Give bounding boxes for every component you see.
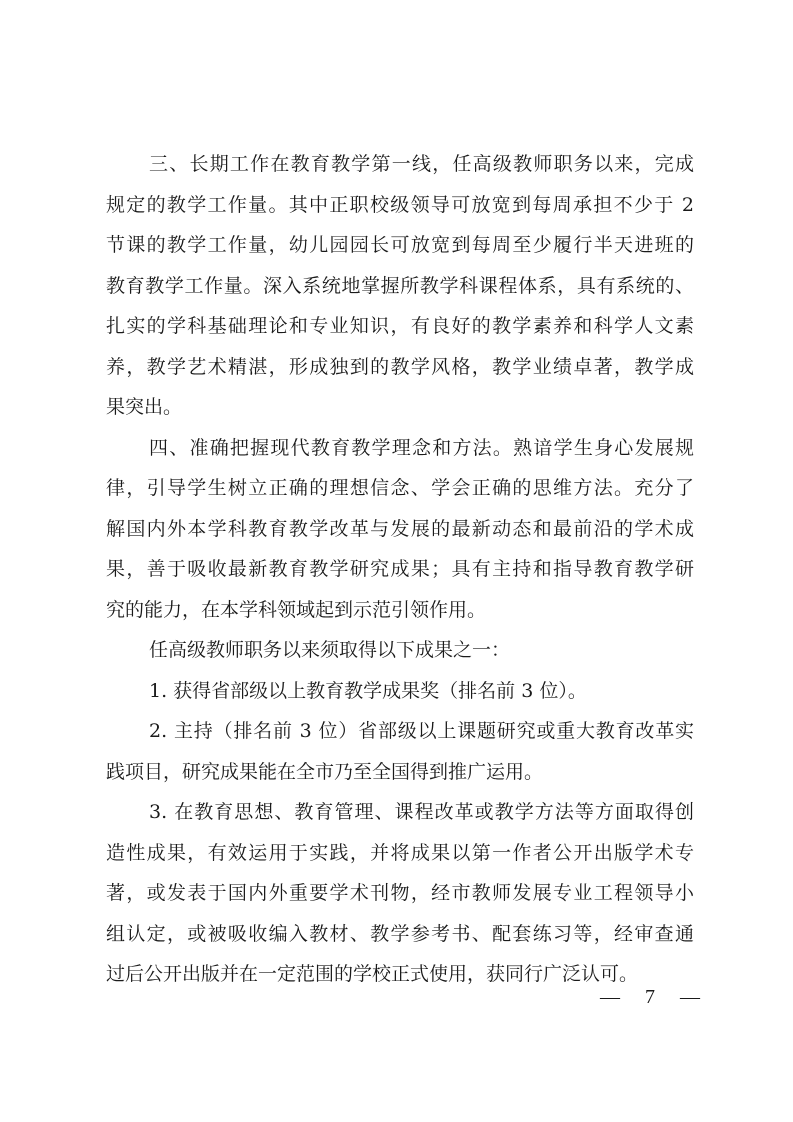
paragraph-section-4: 四、准确把握现代教育教学理念和方法。熟谙学生身心发展规 律，引导学生树立正确的理… — [106, 428, 694, 631]
text-line: 著，或发表于国内外重要学术刊物，经市教师发展专业工程领导小 — [106, 873, 694, 914]
page-number-left-dash: — — [600, 986, 620, 1009]
page-number-value: 7 — [645, 986, 655, 1009]
text-line: 律，引导学生树立正确的理想信念、学会正确的思维方法。充分了 — [106, 468, 694, 509]
text-line: 解国内外本学科教育教学改革与发展的最新动态和最前沿的学术成 — [106, 509, 694, 550]
text-line: 1. 获得省部级以上教育教学成果奖（排名前 3 位）。 — [106, 671, 694, 712]
document-body: 三、长期工作在教育教学第一线，任高级教师职务以来，完成 规定的教学工作量。其中正… — [106, 144, 694, 995]
list-item-1: 1. 获得省部级以上教育教学成果奖（排名前 3 位）。 — [106, 671, 694, 712]
list-item-3: 3. 在教育思想、教育管理、课程改革或教学方法等方面取得创 造性成果，有效运用于… — [106, 792, 694, 995]
paragraph-requirement-intro: 任高级教师职务以来须取得以下成果之一： — [106, 630, 694, 671]
text-line: 组认定，或被吸收编入教材、教学参考书、配套练习等，经审查通 — [106, 914, 694, 955]
text-line: 果，善于吸收最新教育教学研究成果；具有主持和指导教育教学研 — [106, 549, 694, 590]
document-page: 三、长期工作在教育教学第一线，任高级教师职务以来，完成 规定的教学工作量。其中正… — [0, 0, 793, 1122]
text-line: 3. 在教育思想、教育管理、课程改革或教学方法等方面取得创 — [106, 792, 694, 833]
text-line: 造性成果，有效运用于实践，并将成果以第一作者公开出版学术专 — [106, 833, 694, 874]
text-line: 果突出。 — [106, 387, 694, 428]
page-number-right-dash: — — [680, 986, 700, 1009]
text-line: 2. 主持（排名前 3 位）省部级以上课题研究或重大教育改革实 — [106, 711, 694, 752]
text-line: 养，教学艺术精湛，形成独到的教学风格，教学业绩卓著，教学成 — [106, 347, 694, 388]
page-number: — 7 — — [600, 986, 700, 1009]
text-line: 究的能力，在本学科领域起到示范引领作用。 — [106, 590, 694, 631]
text-line: 三、长期工作在教育教学第一线，任高级教师职务以来，完成 — [106, 144, 694, 185]
text-line: 规定的教学工作量。其中正职校级领导可放宽到每周承担不少于 2 — [106, 185, 694, 226]
text-line: 践项目，研究成果能在全市乃至全国得到推广运用。 — [106, 752, 694, 793]
list-item-2: 2. 主持（排名前 3 位）省部级以上课题研究或重大教育改革实 践项目，研究成果… — [106, 711, 694, 792]
text-line: 节课的教学工作量，幼儿园园长可放宽到每周至少履行半天进班的 — [106, 225, 694, 266]
text-line: 扎实的学科基础理论和专业知识，有良好的教学素养和科学人文素 — [106, 306, 694, 347]
text-line: 任高级教师职务以来须取得以下成果之一： — [106, 630, 694, 671]
text-line: 四、准确把握现代教育教学理念和方法。熟谙学生身心发展规 — [106, 428, 694, 469]
paragraph-section-3: 三、长期工作在教育教学第一线，任高级教师职务以来，完成 规定的教学工作量。其中正… — [106, 144, 694, 428]
text-line: 教育教学工作量。深入系统地掌握所教学科课程体系，具有系统的、 — [106, 266, 694, 307]
